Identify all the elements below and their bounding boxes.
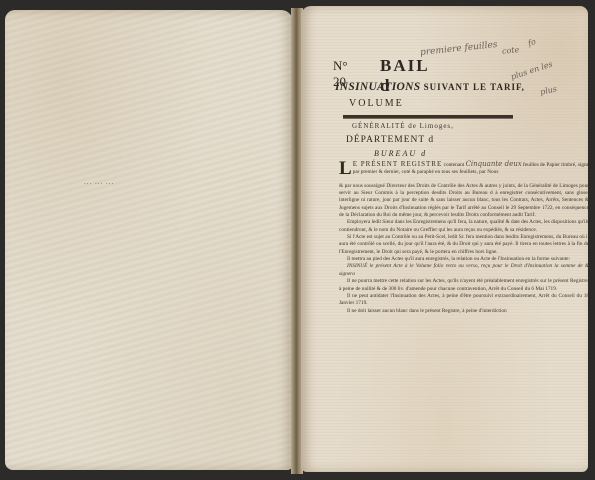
margin-note: cote [502, 45, 520, 56]
paragraph: Il ne peut antidater l'Insinuation des A… [339, 293, 589, 308]
drop-cap: L [339, 161, 352, 176]
intro-paragraph: LE PRÉSENT REGISTRE contenant Cinquante … [339, 161, 589, 177]
bureau-label: BUREAU d [374, 149, 427, 158]
paragraph: Si l'Acte est sujet au Contrôle ou au Pe… [339, 234, 589, 256]
handwritten-entry: Cinquante deux [466, 160, 522, 168]
intro-text: contenant [442, 162, 465, 168]
intro-caps: E PRÉSENT REGISTRE [353, 160, 443, 168]
subtitle-main: INSINUATIONS [335, 81, 420, 93]
scanned-register: ... ... ... premiere feuilles cote fo pl… [0, 0, 595, 480]
departement-label: DÉPARTEMENT d [346, 135, 434, 145]
paragraph: & par nous soussigné Directeur des Droit… [339, 183, 589, 220]
insinuation-formula: INSINUÉ le présent Acte à le Volume foli… [339, 263, 589, 278]
subtitle-rest: SUIVANT LE TARIF, [424, 82, 525, 92]
left-page-blank: ... ... ... [5, 10, 293, 470]
register-subtitle: INSINUATIONS SUIVANT LE TARIF, [335, 81, 525, 93]
paragraph: Il ne pourra mettre cette relation sur l… [339, 278, 589, 293]
header-rule [343, 115, 513, 119]
paragraph: Employera ledit Sieur dans les Enregistr… [339, 219, 589, 234]
generalite-label: GÉNÉRALITÉ de Limoges, [352, 122, 454, 130]
volume-label: VOLUME [349, 98, 404, 109]
paragraph: Il ne doit laisser aucun blanc dans le p… [339, 308, 589, 315]
left-page-mark: ... ... ... [84, 178, 114, 186]
register-body: LE PRÉSENT REGISTRE contenant Cinquante … [339, 161, 589, 315]
